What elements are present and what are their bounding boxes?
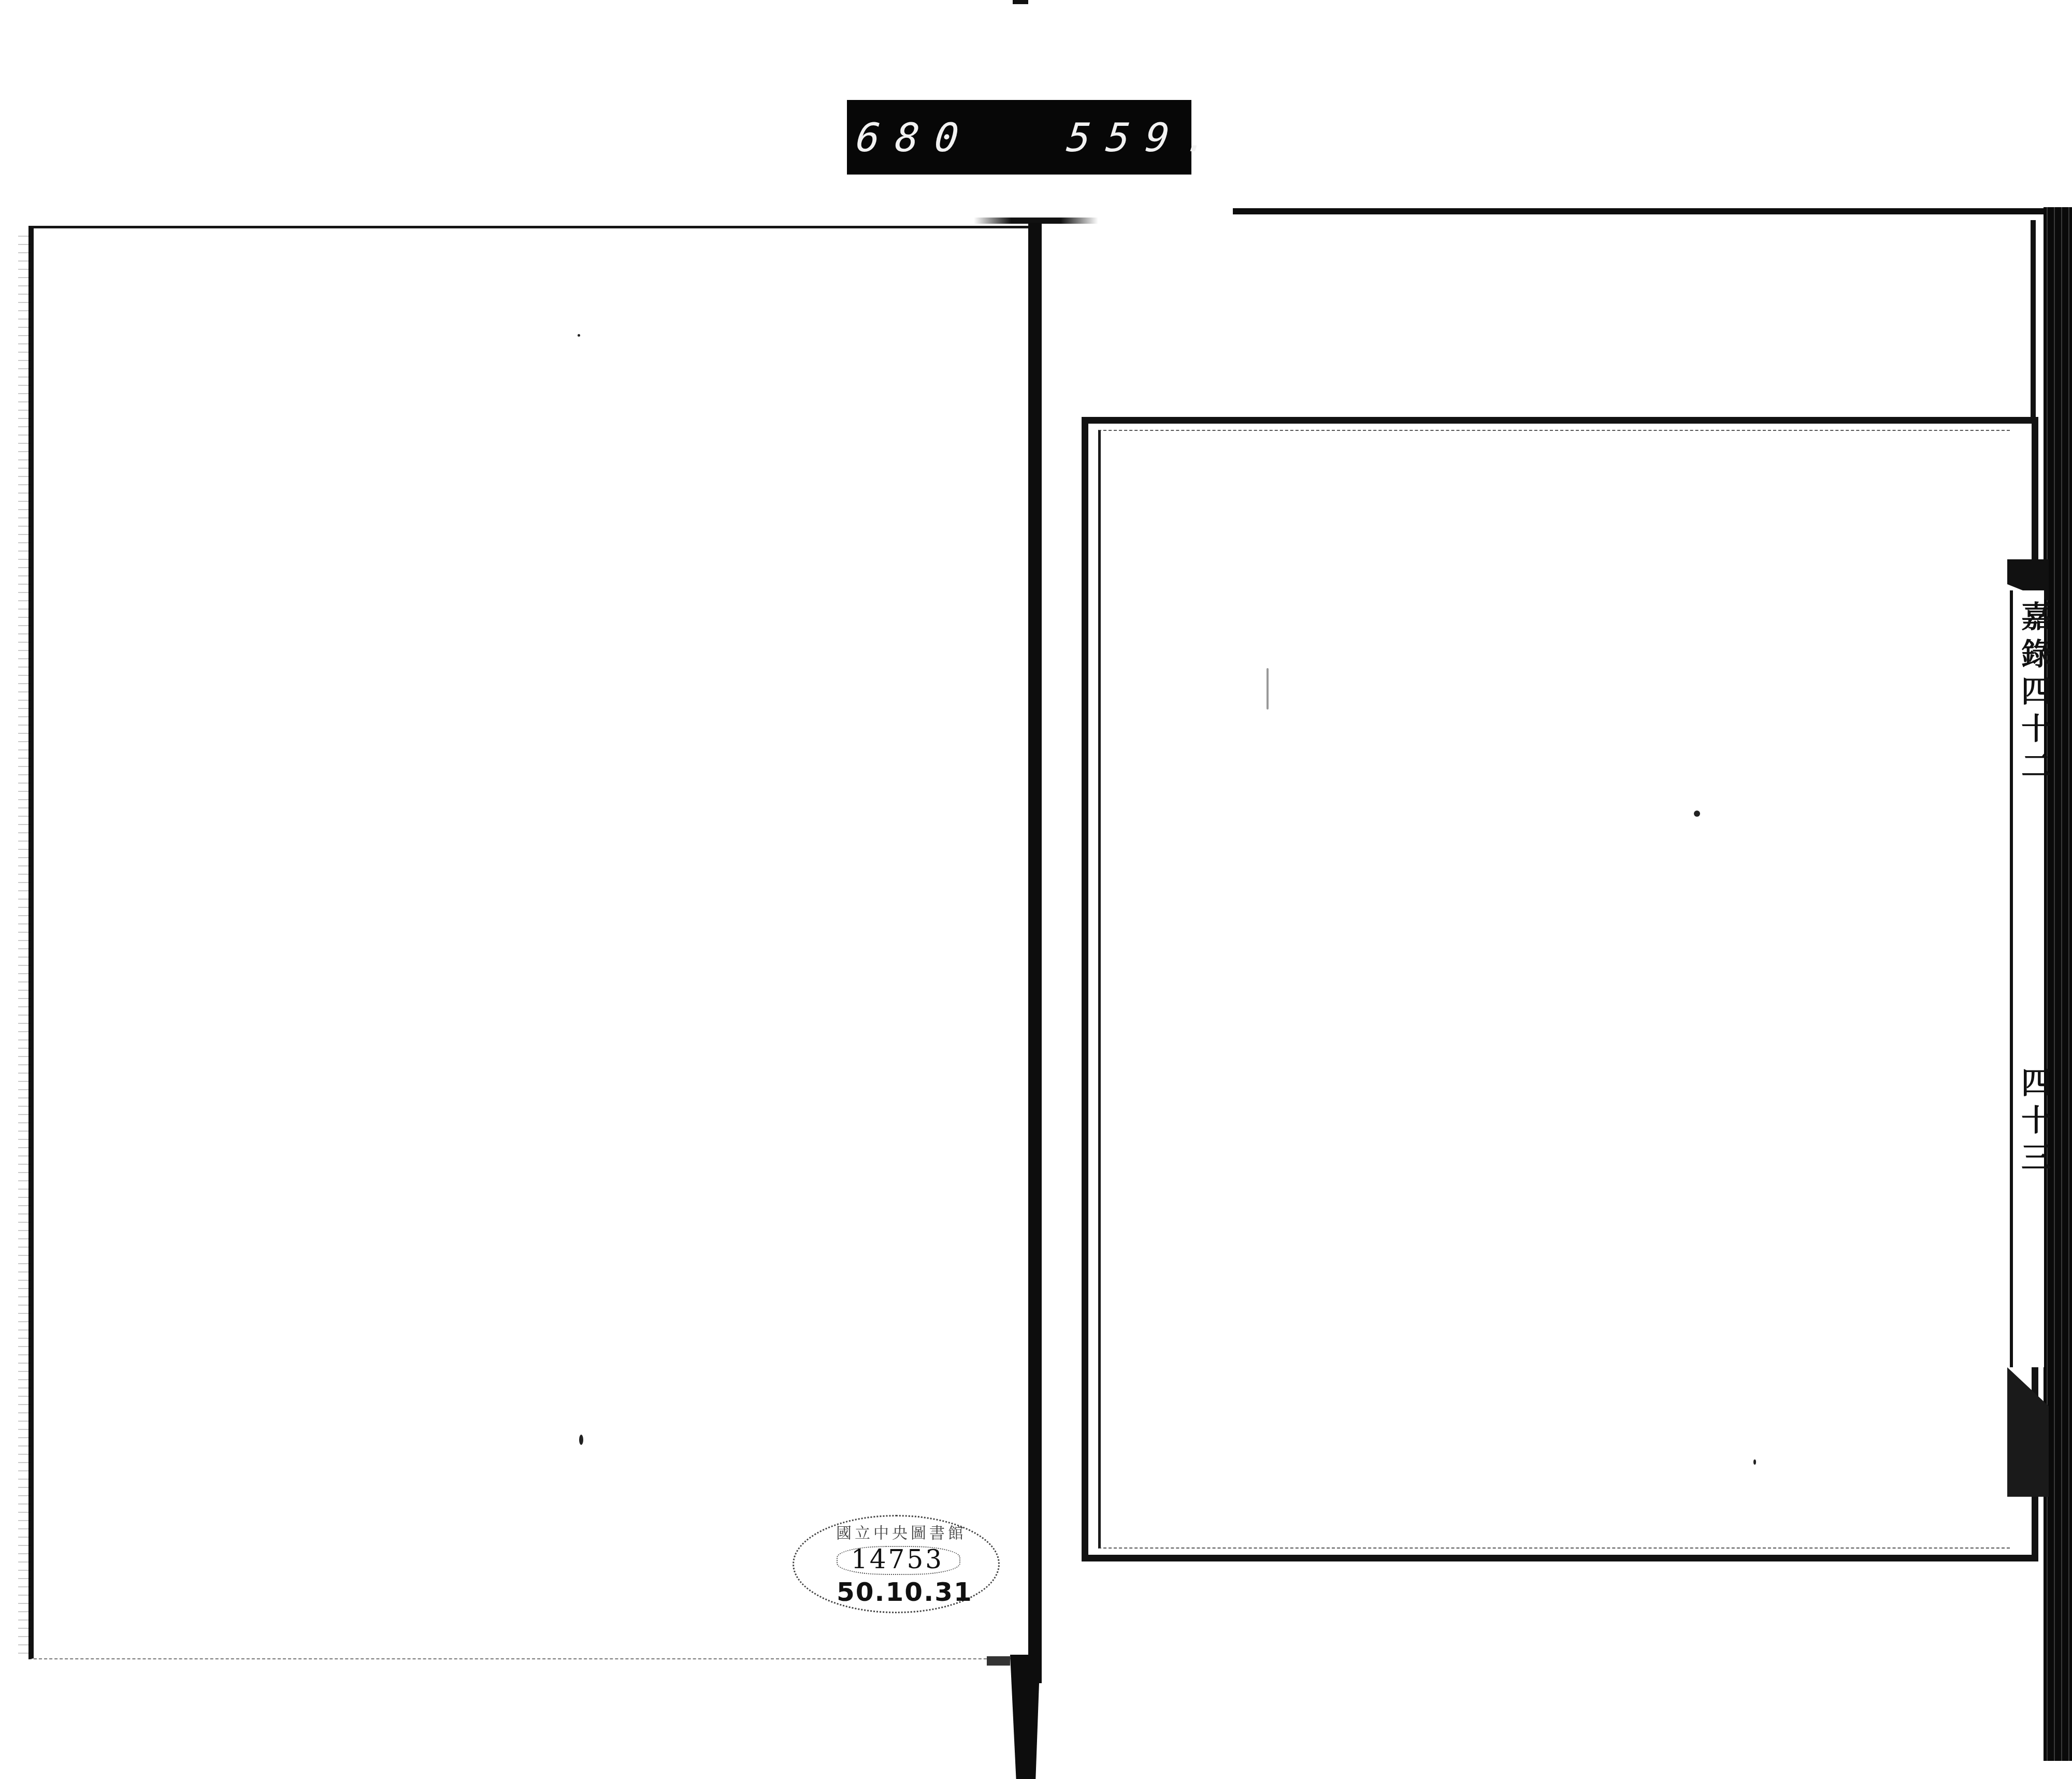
film-edge-mark bbox=[1013, 0, 1028, 4]
gutter-foot-shadow bbox=[1010, 1655, 1040, 1779]
library-stamp-title: 國立中央圖書館 bbox=[824, 1520, 979, 1543]
scan-speck bbox=[1694, 811, 1700, 817]
spine-label-lower-text: 四十三 bbox=[2012, 1067, 2049, 1179]
right-page-top-edge bbox=[1233, 208, 2072, 214]
book-gutter bbox=[1028, 223, 1042, 1683]
library-stamp-date: 50.10.31 bbox=[837, 1577, 961, 1607]
frame-counter-frame: 559. bbox=[1064, 114, 1226, 161]
left-page bbox=[28, 226, 1028, 1659]
frame-counter: 680 559. bbox=[847, 100, 1191, 175]
scan-speck bbox=[1267, 668, 1269, 710]
gutter-foot-edge bbox=[987, 1656, 1010, 1666]
book-spine bbox=[2044, 207, 2072, 1761]
scan-speck bbox=[579, 1435, 583, 1445]
scan-speck bbox=[1753, 1459, 1756, 1465]
right-page-side-edge bbox=[2031, 220, 2036, 417]
frame-counter-reel: 680 bbox=[854, 114, 976, 161]
spine-label-upper-text: 嘉錄四十二 bbox=[2012, 601, 2049, 787]
spine-label-bottom-ornament bbox=[2007, 1367, 2049, 1497]
library-stamp-accession-number: 14753 bbox=[837, 1546, 958, 1573]
right-page-inner-frame bbox=[1098, 430, 2010, 1549]
scan-speck bbox=[578, 334, 580, 337]
